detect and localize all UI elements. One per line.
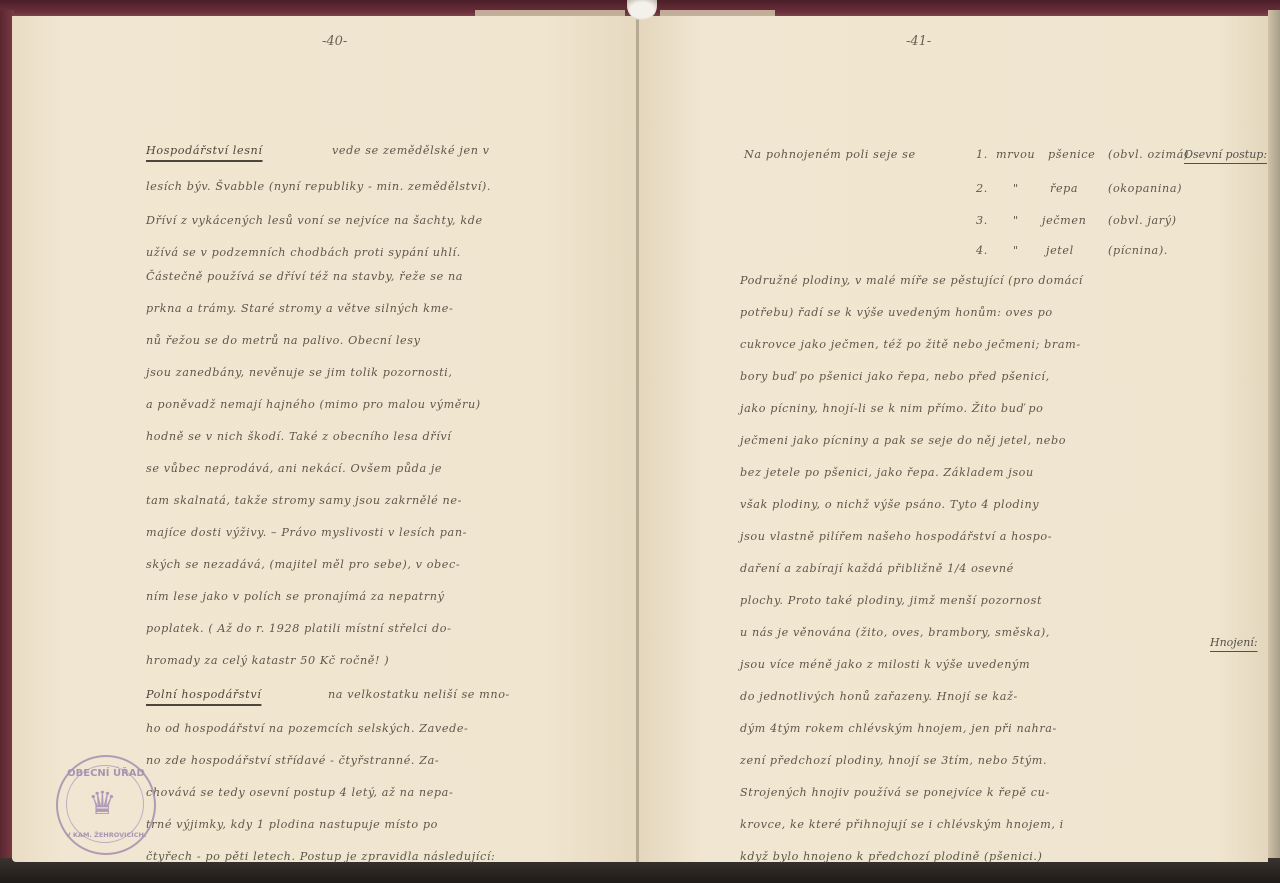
municipal-office-stamp: OBECNÍ ÚŘAD ♛ V KAM. ŽEHROVICÍCH. <box>56 755 156 855</box>
text-line: na velkostatku neliší se mno- <box>328 688 510 701</box>
text-line: ječmeni jako pícniny a pak se seje do ně… <box>740 434 1066 447</box>
text-line: majíce dosti výživy. – Právo myslivosti … <box>146 526 467 539</box>
rotation-crop: ječmen <box>1042 214 1086 227</box>
text-line: Podružné plodiny, v malé míře se pěstují… <box>740 274 1083 287</box>
text-line: jsou více méně jako z milosti k výše uve… <box>740 658 1030 671</box>
text-line: trné výjimky, kdy 1 plodina nastupuje mí… <box>146 818 438 831</box>
text-line: prkna a trámy. Staré stromy a větve siln… <box>146 302 453 315</box>
text-line: potřebu) řadí se k výše uvedeným honům: … <box>740 306 1053 319</box>
text-line: však plodiny, o nichž výše psáno. Tyto 4… <box>740 498 1039 511</box>
text-line: no zde hospodářství střídavé - čtyřstran… <box>146 754 439 767</box>
rotation-intro: Na pohnojeném poli seje se <box>744 148 916 161</box>
text-line: Dříví z vykácených lesů voní se nejvíce … <box>146 214 483 227</box>
binding-thread-right <box>660 10 775 16</box>
page-number-left: -40- <box>322 34 347 49</box>
heading-agriculture: Polní hospodářství <box>146 688 261 701</box>
text-line: daření a zabírají každá přibližně 1/4 os… <box>740 562 1014 575</box>
text-line: bory buď po pšenici jako řepa, nebo před… <box>740 370 1050 383</box>
text-line: do jednotlivých honů zařazeny. Hnojí se … <box>740 690 1018 703</box>
margin-note-crop-rotation: Osevní postup: <box>1184 148 1267 161</box>
text-line: Částečně používá se dříví též na stavby,… <box>146 270 463 283</box>
rotation-num: 3. <box>976 214 988 227</box>
text-line: plochy. Proto také plodiny, jimž menší p… <box>740 594 1042 607</box>
text-line: jako pícniny, hnojí-li se k nim přímo. Ž… <box>740 402 1044 415</box>
text-line: cukrovce jako ječmen, též po žitě nebo j… <box>740 338 1081 351</box>
rotation-crop: pšenice <box>1048 148 1095 161</box>
text-line: jsou zanedbány, nevěnuje se jim tolik po… <box>146 366 453 379</box>
text-line: lesích býv. Švabble (nyní republiky - mi… <box>146 180 491 193</box>
text-line: u nás je věnována (žito, oves, brambory,… <box>740 626 1050 639</box>
text-line: ním lese jako v polích se pronajímá za n… <box>146 590 445 603</box>
text-line: krovce, ke které přihnojují se i chlévsk… <box>740 818 1064 831</box>
stamp-bottom-text: V KAM. ŽEHROVICÍCH. <box>58 831 154 839</box>
page-number-right: -41- <box>906 34 931 49</box>
text-line: Strojených hnojiv používá se ponejvíce k… <box>740 786 1050 799</box>
book-page-stack-edge <box>1268 10 1280 870</box>
rotation-mark: " <box>1013 214 1019 227</box>
text-line: ho od hospodářství na pozemcích selských… <box>146 722 468 735</box>
text-line: čtyřech - po pěti letech. Postup je zpra… <box>146 850 495 863</box>
rotation-note: (obvl. ozimá) <box>1108 148 1189 161</box>
text-line: ských se nezadává, (majitel měl pro sebe… <box>146 558 460 571</box>
rotation-num: 4. <box>976 244 988 257</box>
rotation-note: (okopanina) <box>1108 182 1182 195</box>
book-gutter <box>636 14 639 862</box>
text-line: poplatek. ( Až do r. 1928 platili místní… <box>146 622 452 635</box>
text-line: hodně se v nich škodí. Také z obecního l… <box>146 430 451 443</box>
text-line: hromady za celý katastr 50 Kč ročně! ) <box>146 654 389 667</box>
text-line: jsou vlastně pilířem našeho hospodářství… <box>740 530 1052 543</box>
text-line: se vůbec neprodává, ani nekácí. Ovšem pů… <box>146 462 442 475</box>
text-line: tam skalnatá, takže stromy samy jsou zak… <box>146 494 462 507</box>
rotation-note: (obvl. jarý) <box>1108 214 1177 227</box>
rotation-num: 1. <box>976 148 988 161</box>
rotation-note: (pícnina). <box>1108 244 1168 257</box>
rotation-crop: jetel <box>1046 244 1074 257</box>
rotation-mark: " <box>1013 244 1019 257</box>
margin-note-fertilization: Hnojení: <box>1210 636 1258 649</box>
text-line: nů řežou se do metrů na palivo. Obecní l… <box>146 334 421 347</box>
binding-thread-left <box>475 10 625 16</box>
text-line: a poněvadž nemají hajného (mimo pro malo… <box>146 398 481 411</box>
text-line: když bylo hnojeno k předchozí plodině (p… <box>740 850 1043 863</box>
stamp-top-text: OBECNÍ ÚŘAD <box>58 768 154 779</box>
lion-emblem-icon: ♛ <box>88 785 117 821</box>
text-line: užívá se v podzemních chodbách proti syp… <box>146 246 461 259</box>
rotation-num: 2. <box>976 182 988 195</box>
text-line: vede se zemědělské jen v <box>332 144 490 157</box>
text-line: zení předchozí plodiny, hnojí se 3tím, n… <box>740 754 1047 767</box>
left-page: -40- Hospodářství lesní vede se zeměděls… <box>12 16 637 862</box>
text-line: bez jetele po pšenici, jako řepa. Základ… <box>740 466 1034 479</box>
rotation-crop: řepa <box>1050 182 1078 195</box>
right-page: -41- Na pohnojeném poli seje se 1. mrvou… <box>638 16 1268 862</box>
text-line: dým 4tým rokem chlévským hnojem, jen při… <box>740 722 1057 735</box>
heading-forestry: Hospodářství lesní <box>146 144 263 157</box>
rotation-mark: " <box>1013 182 1019 195</box>
rotation-mark: mrvou <box>996 148 1035 161</box>
text-line: chovává se tedy osevní postup 4 letý, až… <box>146 786 453 799</box>
